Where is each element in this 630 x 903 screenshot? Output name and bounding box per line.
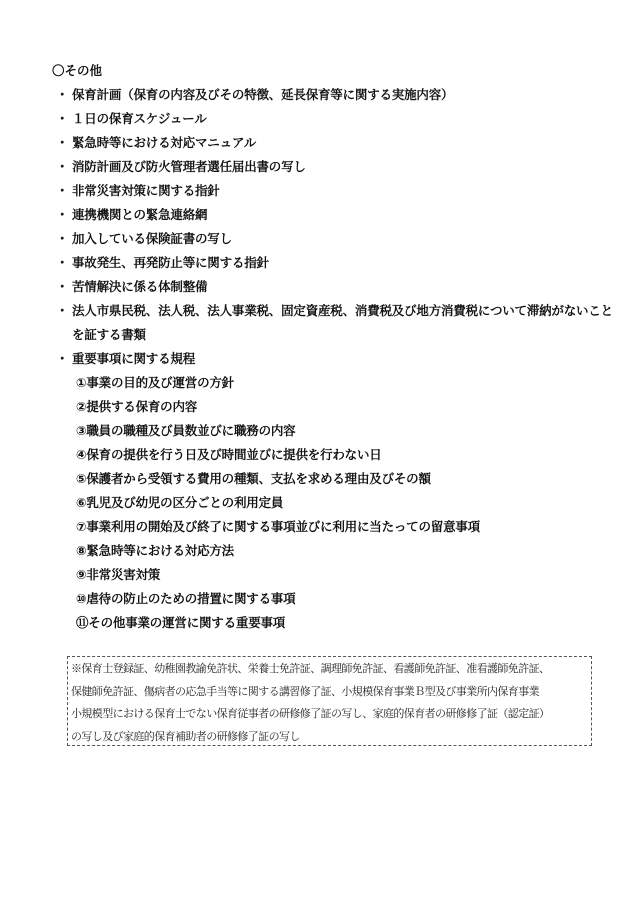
bullet-icon: ・ [56, 134, 68, 152]
bullet-icon: ・ [56, 158, 68, 176]
note-box: ※保育士登録証、幼稚園教諭免許状、栄養士免許証、調理師免許証、看護師免許証、准看… [67, 656, 592, 746]
sub-list-item-text: ③職員の職種及び員数並びに職務の内容 [76, 422, 295, 440]
sub-list-item: ⑦事業利用の開始及び終了に関する事項並びに利用に当たっての留意事項 [52, 518, 612, 542]
note-line: 小規模型における保育士でない保育従事者の研修修了証の写し、家庭的保育者の研修修了… [71, 704, 589, 727]
list-item-text: 緊急時等における対応マニュアル [72, 134, 256, 152]
list-item-text: 苦情解決に係る体制整備 [72, 278, 207, 296]
sub-list-item: ⑤保護者から受領する費用の種類、支払を求める理由及びその額 [52, 470, 612, 494]
bullet-icon: ・ [56, 254, 68, 272]
bullet-icon: ・ [56, 350, 68, 368]
list-item: ・ 事故発生、再発防止等に関する指針 [52, 254, 612, 278]
bullet-icon: ・ [56, 86, 68, 104]
list-item-text: 連携機関との緊急連絡網 [72, 206, 207, 224]
note-line: 保健師免許証、傷病者の応急手当等に関する講習修了証、小規模保育事業Ｂ型及び事業所… [71, 682, 589, 705]
sub-list-item: ⑩虐待の防止のための措置に関する事項 [52, 590, 612, 614]
list-item: ・ 保育計画（保育の内容及びその特徴、延長保育等に関する実施内容） [52, 86, 612, 110]
sub-list-item: ②提供する保育の内容 [52, 398, 612, 422]
bullet-icon: ・ [56, 182, 68, 200]
sub-list-item-text: ⑤保護者から受領する費用の種類、支払を求める理由及びその額 [76, 470, 431, 488]
sub-list-item-text: ⑪その他事業の運営に関する重要事項 [76, 614, 285, 632]
list-item-text: １日の保育スケジュール [72, 110, 207, 128]
sub-list-item-text: ⑦事業利用の開始及び終了に関する事項並びに利用に当たっての留意事項 [76, 518, 480, 536]
bullet-icon: ・ [56, 230, 68, 248]
list-item-text: 事故発生、再発防止等に関する指針 [72, 254, 269, 272]
sub-list-item: ③職員の職種及び員数並びに職務の内容 [52, 422, 612, 446]
sub-list-item: ⑨非常災害対策 [52, 566, 612, 590]
sub-list-item-text: ①事業の目的及び運営の方針 [76, 374, 234, 392]
list-item: ・ 消防計画及び防火管理者選任届出書の写し [52, 158, 612, 182]
sub-list-item: ⑪その他事業の運営に関する重要事項 [52, 614, 612, 638]
sub-list-item: ①事業の目的及び運営の方針 [52, 374, 612, 398]
bullet-icon: ・ [56, 278, 68, 296]
sub-list-item-text: ⑥乳児及び幼児の区分ごとの利用定員 [76, 494, 283, 512]
list-item-continuation: を証する書類 [52, 326, 612, 350]
bullet-icon: ・ [56, 206, 68, 224]
sub-list-item-text: ②提供する保育の内容 [76, 398, 197, 416]
bullet-icon: ・ [56, 110, 68, 128]
list-item: ・ 法人市県民税、法人税、法人事業税、固定資産税、消費税及び地方消費税について滞… [52, 302, 612, 326]
sub-list-item: ⑧緊急時等における対応方法 [52, 542, 612, 566]
list-item-text: 保育計画（保育の内容及びその特徴、延長保育等に関する実施内容） [72, 86, 453, 104]
list-item: ・ 加入している保険証書の写し [52, 230, 612, 254]
sub-list-item: ④保育の提供を行う日及び時間並びに提供を行わない日 [52, 446, 612, 470]
note-line: ※保育士登録証、幼稚園教諭免許状、栄養士免許証、調理師免許証、看護師免許証、准看… [71, 659, 589, 682]
bullet-icon: ・ [56, 302, 68, 320]
document-page: 〇その他 ・ 保育計画（保育の内容及びその特徴、延長保育等に関する実施内容） ・… [0, 0, 630, 903]
list-item-text: 重要事項に関する規程 [72, 350, 195, 368]
section-heading: 〇その他 [52, 62, 102, 80]
list-item: ・ 重要事項に関する規程 [52, 350, 612, 374]
note-line: の写し及び家庭的保育補助者の研修修了証の写し [71, 727, 589, 750]
list-item-text: 消防計画及び防火管理者選任届出書の写し [72, 158, 306, 176]
list-item: ・ １日の保育スケジュール [52, 110, 612, 134]
document-list: ・ 保育計画（保育の内容及びその特徴、延長保育等に関する実施内容） ・ １日の保… [52, 86, 612, 638]
list-item-text: 法人市県民税、法人税、法人事業税、固定資産税、消費税及び地方消費税について滞納が… [72, 302, 613, 320]
list-item: ・ 緊急時等における対応マニュアル [52, 134, 612, 158]
list-item-text: を証する書類 [72, 326, 146, 344]
sub-list-item-text: ⑨非常災害対策 [76, 566, 160, 584]
sub-list-item-text: ⑧緊急時等における対応方法 [76, 542, 234, 560]
list-item-text: 非常災害対策に関する指針 [72, 182, 220, 200]
sub-list-item: ⑥乳児及び幼児の区分ごとの利用定員 [52, 494, 612, 518]
sub-list-item-text: ⑩虐待の防止のための措置に関する事項 [76, 590, 295, 608]
list-item: ・ 苦情解決に係る体制整備 [52, 278, 612, 302]
list-item: ・ 連携機関との緊急連絡網 [52, 206, 612, 230]
list-item-text: 加入している保険証書の写し [72, 230, 232, 248]
list-item: ・ 非常災害対策に関する指針 [52, 182, 612, 206]
sub-list-item-text: ④保育の提供を行う日及び時間並びに提供を行わない日 [76, 446, 382, 464]
